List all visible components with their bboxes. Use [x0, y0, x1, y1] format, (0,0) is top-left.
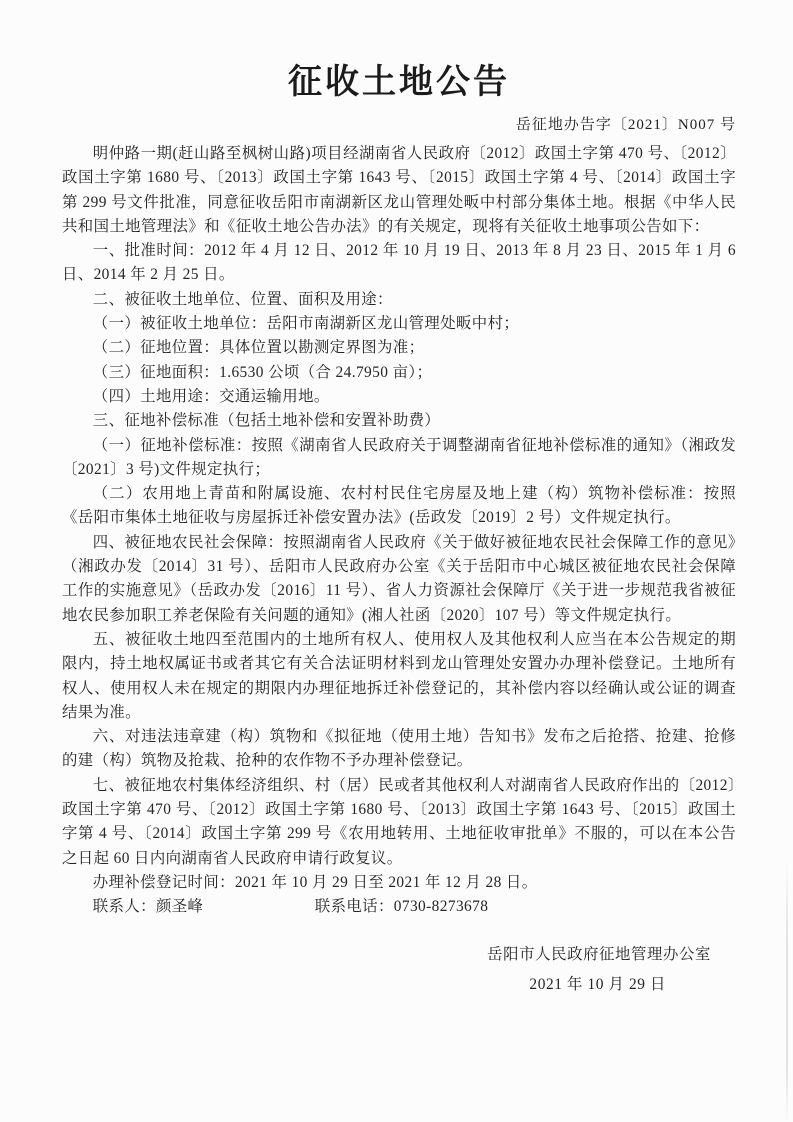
paragraph-land-unit: （一）被征收土地单位：岳阳市南湖新区龙山管理处畈中村； — [62, 312, 736, 336]
issue-date: 2021 年 10 月 29 日 — [62, 972, 736, 998]
paragraph-registration-rules: 五、被征收土地四至范围内的土地所有权人、使用权人及其他权利人应当在本公告规定的期… — [62, 628, 736, 725]
issuing-office: 岳阳市人民政府征地管理办公室 — [62, 942, 736, 968]
contact-phone: 联系电话：0730-8273678 — [315, 895, 489, 919]
scan-edge-artifact — [786, 860, 788, 1122]
paragraph-approval-dates: 一、批准时间：2012 年 4 月 12 日、2012 年 10 月 19 日、… — [62, 239, 736, 288]
contact-row: 联系人：颜圣峰联系电话：0730-8273678 — [62, 895, 736, 919]
paragraph-appeal-rights: 七、被征地农村集体经济组织、村（居）民或者其他权利人对湖南省人民政府作出的〔20… — [62, 774, 736, 871]
paragraph-land-use: （四）土地用途：交通运输用地。 — [62, 385, 736, 409]
document-number: 岳征地办告字〔2021〕N007 号 — [62, 114, 736, 136]
paragraph-illegal-structures: 六、对违法违章建（构）筑物和《拟征地（使用土地）告知书》发布之后抢搭、抢建、抢修… — [62, 725, 736, 774]
contact-person: 联系人：颜圣峰 — [93, 895, 315, 919]
paragraph-compensation-standard: （一）征地补偿标准：按照《湖南省人民政府关于调整湖南省征地补偿标准的通知》（湘政… — [62, 434, 736, 483]
paragraph-crops-buildings: （二）农用地上青苗和附属设施、农村村民住宅房屋及地上建（构）筑物补偿标准：按照《… — [62, 482, 736, 531]
announcement-document: 征收土地公告 岳征地办告字〔2021〕N007 号 明仲路一期(赶山路至枫树山路… — [62, 60, 736, 998]
paragraph-land-area: （三）征地面积：1.6530 公顷（合 24.7950 亩）； — [62, 361, 736, 385]
paragraph-intro: 明仲路一期(赶山路至枫树山路)项目经湖南省人民政府〔2012〕政国土字第 470… — [62, 142, 736, 239]
paragraph-section3-heading: 三、征地补偿标准（包括土地补偿和安置补助费） — [62, 409, 736, 433]
paragraph-section2-heading: 二、被征收土地单位、位置、面积及用途： — [62, 288, 736, 312]
paragraph-land-location: （二）征地位置：具体位置以勘测定界图为准； — [62, 336, 736, 360]
signature-block: 岳阳市人民政府征地管理办公室 2021 年 10 月 29 日 — [62, 942, 736, 998]
scanned-announcement-page: { "document": { "title": "征收土地公告", "doc_… — [0, 0, 793, 1122]
paragraph-registration-period: 办理补偿登记时间：2021 年 10 月 29 日至 2021 年 12 月 2… — [62, 871, 736, 895]
document-body: 明仲路一期(赶山路至枫树山路)项目经湖南省人民政府〔2012〕政国土字第 470… — [62, 142, 736, 895]
paragraph-social-security: 四、被征地农民社会保障：按照湖南省人民政府《关于做好被征地农民社会保障工作的意见… — [62, 531, 736, 628]
document-title: 征收土地公告 — [62, 60, 736, 106]
